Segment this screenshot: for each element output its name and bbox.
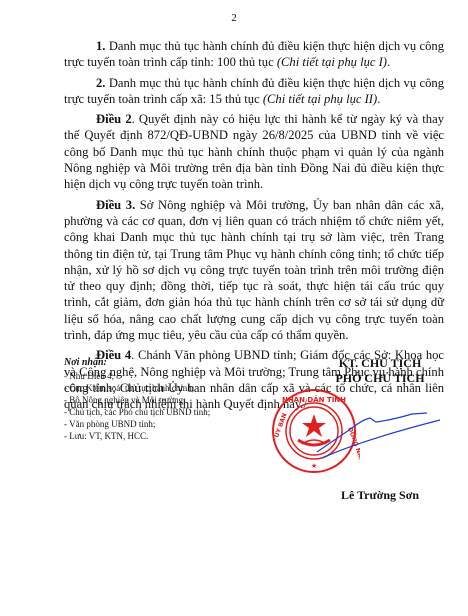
page-number: 2: [0, 12, 468, 24]
svg-text:★: ★: [311, 462, 317, 470]
recipient-item: - Cục Kiểm soát thủ tục hành chính;: [64, 382, 254, 394]
article-heading: Điều 2: [96, 112, 132, 126]
article-heading: Điều 3.: [96, 198, 135, 212]
article-2: Điều 2. Quyết định này có hiệu lực thi h…: [64, 111, 444, 192]
recipients-block: Nơi nhận: - Như Điều 4; - Cục Kiểm soát …: [64, 357, 254, 442]
signer-title-block: KT. CHỦ TỊCH PHÓ CHỦ TỊCH: [300, 356, 460, 386]
paragraph-2: 2. Danh mục thủ tục hành chính đủ điều k…: [64, 75, 444, 108]
recipient-item: - Văn phòng UBND tỉnh;: [64, 418, 254, 430]
recipient-item: - Chủ tịch, các Phó chủ tịch UBND tỉnh;: [64, 406, 254, 418]
recipient-item: - Lưu: VT, KTN, HCC.: [64, 430, 254, 442]
paragraph-tail: .: [377, 92, 380, 106]
recipients-title: Nơi nhận:: [64, 357, 254, 369]
paragraph-note: (Chi tiết tại phụ lục I): [277, 55, 387, 69]
paragraph-text: Danh mục thủ tục hành chính đủ điều kiện…: [64, 76, 444, 106]
recipient-item: - Bộ Nông nghiệp và Môi trường;: [64, 394, 254, 406]
paragraph-1: 1. Danh mục thủ tục hành chính đủ điều k…: [64, 38, 444, 71]
paragraph-note: (Chi tiết tại phụ lục II): [263, 92, 377, 106]
article-3: Điều 3. Sở Nông nghiệp và Môi trường, Ủy…: [64, 197, 444, 344]
article-text: Sở Nông nghiệp và Môi trường, Ủy ban nhâ…: [64, 198, 444, 342]
signer-title-line2: PHÓ CHỦ TỊCH: [300, 371, 460, 386]
signature-icon: [312, 400, 442, 460]
paragraph-tail: .: [387, 55, 390, 69]
signer-title-line1: KT. CHỦ TỊCH: [300, 356, 460, 371]
recipient-item: - Như Điều 4;: [64, 370, 254, 382]
signer-name: Lê Trường Sơn: [300, 488, 460, 503]
